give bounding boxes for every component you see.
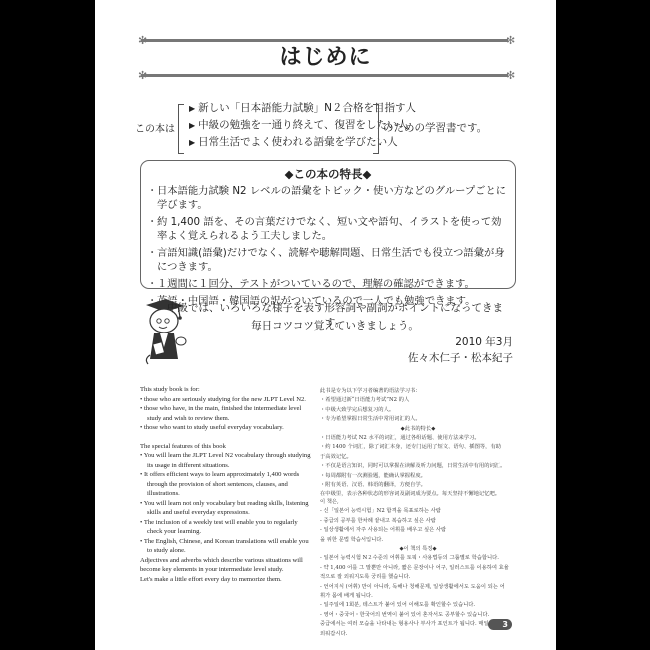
title-rule-top	[141, 39, 508, 42]
korean-translation: 이 책은, - 신「일본어 능력시험」N2 합격을 목표로하는 사람 - 중급의…	[320, 498, 516, 639]
message-line-2: 毎日コツコツ覚えていきましょう。	[165, 318, 505, 333]
bracket-right	[373, 104, 379, 154]
title-rule-bottom	[141, 74, 508, 77]
feature-item: ・約 1,400 語を、その言葉だけでなく、短い文や語句、イラストを使って効率よ…	[147, 215, 511, 243]
target-item: ▶中級の勉強を一通り終えて、復習をしたい人	[189, 119, 416, 136]
asterisk-ornament-icon: ✻	[506, 70, 515, 81]
feature-item: ・日本語能力試験 N2 レベルの語彙をトピック・使い方などのグループごとに学びま…	[147, 184, 511, 212]
chinese-translation: 此书是专为以下学习者编著的语法学习书： ・希望通过新“日语能力考试”N2 的人 …	[320, 387, 516, 500]
english-translation: This study book is for: • those who are …	[140, 385, 312, 584]
book-page: ✻ ✻ はじめに ✻ ✻ この本は ▶新しい「日本語能力試験」N２合格を目指す人…	[95, 0, 556, 650]
target-lead: この本は	[135, 120, 175, 135]
triangle-bullet-icon: ▶	[189, 104, 195, 113]
authors: 佐々木仁子・松本紀子	[408, 350, 513, 365]
triangle-bullet-icon: ▶	[189, 138, 195, 147]
features-heading: ◆この本の特長◆	[141, 166, 515, 182]
page-number-badge: 3	[488, 619, 512, 630]
target-tail: のための学習書です。	[383, 120, 487, 135]
page-title: はじめに	[95, 45, 556, 71]
bracket-left	[178, 104, 184, 154]
features-box: ◆この本の特長◆ ・日本語能力試験 N2 レベルの語彙をトピック・使い方などのグ…	[140, 160, 516, 289]
features-list: ・日本語能力試験 N2 レベルの語彙をトピック・使い方などのグループごとに学びま…	[147, 184, 511, 311]
target-item: ▶新しい「日本語能力試験」N２合格を目指す人	[189, 102, 416, 119]
feature-item: ・言語知識(語彙)だけでなく、読解や聴解問題、日常生活でも役立つ語彙が身につきま…	[147, 246, 511, 274]
feature-item: ・１週間に１回分、テストがついているので、理解の確認ができます。	[147, 277, 511, 291]
target-list: ▶新しい「日本語能力試験」N２合格を目指す人 ▶中級の勉強を一通り終えて、復習を…	[189, 102, 416, 153]
target-item: ▶日常生活でよく使われる語彙を学びたい人	[189, 136, 416, 153]
date: 2010 年3月	[455, 334, 513, 349]
triangle-bullet-icon: ▶	[189, 121, 195, 130]
target-audience: この本は ▶新しい「日本語能力試験」N２合格を目指す人 ▶中級の勉強を一通り終え…	[135, 102, 535, 152]
